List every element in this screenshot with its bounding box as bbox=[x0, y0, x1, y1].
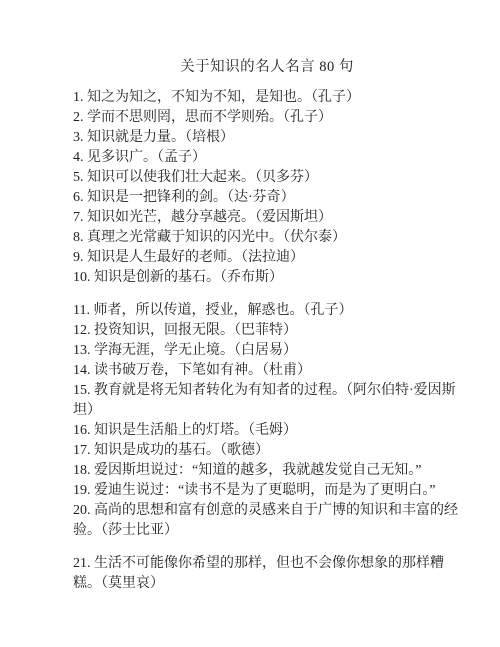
quote-item: 1. 知之为知之，不知为不知，是知也。（孔子） bbox=[73, 88, 461, 108]
quote-item: 3. 知识就是力量。（培根） bbox=[73, 128, 461, 148]
quote-item: 13. 学海无涯，学无止境。（白居易） bbox=[73, 341, 461, 361]
quote-item: 4. 见多识广。（孟子） bbox=[73, 148, 461, 168]
quote-item: 16. 知识是生活船上的灯塔。（毛姆） bbox=[73, 421, 461, 441]
quote-item: 18. 爱因斯坦说过：“知道的越多，我就越发觉自己无知。” bbox=[73, 461, 461, 481]
quote-item: 11. 师者，所以传道，授业，解惑也。（孔子） bbox=[73, 301, 461, 321]
quote-item: 17. 知识是成功的基石。（歌德） bbox=[73, 441, 461, 461]
quote-item: 19. 爱迪生说过：“读书不是为了更聪明，而是为了更明白。” bbox=[73, 481, 461, 501]
quote-item: 21. 生活不可能像你希望的那样，但也不会像你想象的那样糟糕。（莫里哀） bbox=[73, 554, 461, 594]
quote-item: 5. 知识可以使我们壮大起来。（贝多芬） bbox=[73, 168, 461, 188]
quote-item: 10. 知识是创新的基石。（乔布斯） bbox=[73, 268, 461, 288]
quote-item: 12. 投资知识，回报无限。（巴菲特） bbox=[73, 321, 461, 341]
quote-item: 2. 学而不思则罔，思而不学则殆。（孔子） bbox=[73, 108, 461, 128]
quote-item: 8. 真理之光常藏于知识的闪光中。（伏尔泰） bbox=[73, 228, 461, 248]
quote-item: 7. 知识如光芒，越分享越亮。（爱因斯坦） bbox=[73, 208, 461, 228]
quote-group: 11. 师者，所以传道，授业，解惑也。（孔子）12. 投资知识，回报无限。（巴菲… bbox=[73, 301, 461, 541]
quote-item: 15. 教育就是将无知者转化为有知者的过程。（阿尔伯特·爱因斯坦） bbox=[73, 381, 461, 421]
quote-item: 20. 高尚的思想和富有创意的灵感来自于广博的知识和丰富的经验。（莎士比亚） bbox=[73, 501, 461, 541]
quote-item: 9. 知识是人生最好的老师。（法拉迪） bbox=[73, 248, 461, 268]
quote-item: 14. 读书破万卷，下笔如有神。（杜甫） bbox=[73, 361, 461, 381]
document-page: 关于知识的名人名言 80 句 1. 知之为知之，不知为不知，是知也。（孔子）2.… bbox=[0, 0, 500, 647]
quote-list: 1. 知之为知之，不知为不知，是知也。（孔子）2. 学而不思则罔，思而不学则殆。… bbox=[73, 88, 461, 594]
quote-group: 21. 生活不可能像你希望的那样，但也不会像你想象的那样糟糕。（莫里哀） bbox=[73, 554, 461, 594]
quote-item: 6. 知识是一把锋利的剑。（达·芬奇） bbox=[73, 188, 461, 208]
quote-group: 1. 知之为知之，不知为不知，是知也。（孔子）2. 学而不思则罔，思而不学则殆。… bbox=[73, 88, 461, 288]
page-title: 关于知识的名人名言 80 句 bbox=[73, 57, 461, 77]
